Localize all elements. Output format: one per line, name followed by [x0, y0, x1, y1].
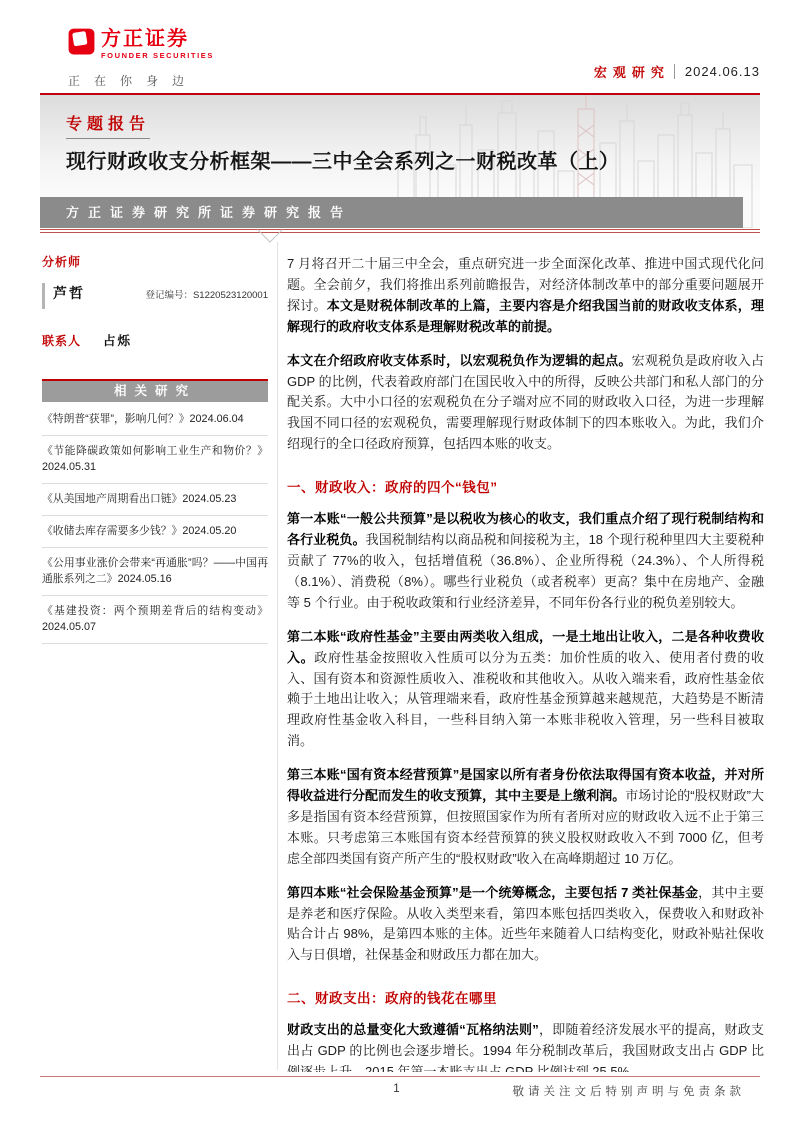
report-category: 宏观研究 [594, 62, 670, 81]
main-article: 7 月将召开二十届三中全会，重点研究进一步全面深化改革、推进中国式现代化问题。全… [287, 248, 764, 1072]
sidebar-divider [277, 242, 278, 1070]
footer-divider [40, 1076, 760, 1077]
paragraph-account-2: 第二本账“政府性基金”主要由两类收入组成，一是土地出让收入，二是各种收费收入。政… [287, 627, 764, 752]
related-research-item[interactable]: 《收储去库存需要多少钱？》2024.05.20 [42, 516, 268, 548]
analyst-name: 芦哲 [53, 283, 85, 303]
paragraph-intro: 7 月将召开二十届三中全会，重点研究进一步全面深化改革、推进中国式现代化问题。全… [287, 254, 764, 338]
related-research-item[interactable]: 《节能降碳政策如何影响工业生产和物价？》2024.05.31 [42, 436, 268, 484]
paragraph-account-4: 第四本账“社会保险基金预算”是一个统筹概念，主要包括 7 类社保基金，其中主要是… [287, 883, 764, 967]
analyst-section-label: 分析师 [42, 253, 268, 270]
report-title: 现行财政收支分析框架——三中全会系列之一财税改革（上） [66, 145, 760, 174]
paragraph-macro-taxburden: 本文在介绍政府收支体系时，以宏观税负作为逻辑的起点。宏观税负是政府收入占 GDP… [287, 351, 764, 456]
analyst-reg-number: 登记编号：S1220523120001 [145, 287, 268, 301]
logo-text-en: FOUNDER SECURITIES [101, 51, 214, 60]
report-date: 2024.06.13 [685, 64, 760, 79]
related-research-item[interactable]: 《公用事业涨价会带来“再通胀”吗？——中国再通胀系列之二》2024.05.16 [42, 548, 268, 596]
banner-rule [40, 229, 760, 233]
paragraph-account-3: 第三本账“国有资本经营预算”是国家以所有者身份依法取得国有资本收益，并对所得收益… [287, 765, 764, 870]
report-page: 方正证券 FOUNDER SECURITIES 正在你身边 宏观研究 2024.… [0, 0, 793, 1122]
related-research-list: 《特朗普“获罪”，影响几何？》2024.06.04 《节能降碳政策如何影响工业生… [42, 404, 268, 644]
title-banner: 专题报告 现行财政收支分析框架——三中全会系列之一财税改革（上） 方正证券研究所… [40, 95, 760, 228]
brand-tagline: 正在你身边 [68, 72, 198, 89]
contact-label: 联系人 [42, 332, 81, 349]
related-research-header: 相关研究 [42, 379, 268, 402]
paragraph-bold: 第四本账“社会保险基金预算”是一个统筹概念，主要包括 7 类社保基金 [287, 885, 698, 900]
contact-row: 联系人 占烁 [42, 331, 268, 349]
section-heading-1: 一、财政收入：政府的四个“钱包” [287, 476, 764, 496]
footer-disclaimer: 敬请关注文后特别声明与免责条款 [513, 1083, 746, 1099]
analyst-row: 芦哲 登记编号：S1220523120001 [42, 283, 268, 309]
related-research-item[interactable]: 《基建投资：两个预期差背后的结构变动》2024.05.07 [42, 596, 268, 644]
paragraph-account-1: 第一本账“一般公共预算”是以税收为核心的收支，我们重点介绍了现行税制结构和各行业… [287, 509, 764, 614]
related-research-item[interactable]: 《特朗普“获罪”，影响几何？》2024.06.04 [42, 404, 268, 436]
section-heading-2: 二、财政支出：政府的钱花在哪里 [287, 987, 764, 1007]
sidebar: 分析师 芦哲 登记编号：S1220523120001 联系人 占烁 相关研究 《… [42, 248, 268, 644]
logo-text-cn: 方正证券 [101, 28, 214, 50]
paragraph-bold: 本文是财税体制改革的上篇，主要内容是介绍我国当前的财政收支体系，理解现行的政府收… [287, 298, 764, 334]
header-meta: 宏观研究 2024.06.13 [594, 62, 760, 81]
research-institute-bar: 方正证券研究所证券研究报告 [40, 197, 743, 228]
header-divider [674, 64, 675, 79]
contact-name: 占烁 [103, 331, 132, 349]
paragraph-text: 政府性基金按照收入性质可以分为五类：加价性质的收入、使用者付费的收入、国有资本和… [287, 650, 764, 749]
report-type-badge: 专题报告 [66, 111, 150, 139]
paragraph-expenditure: 财政支出的总量变化大致遵循“瓦格纳法则”，即随着经济发展水平的提高，财政支出占 … [287, 1020, 764, 1072]
brand-logo: 方正证券 FOUNDER SECURITIES [68, 28, 214, 60]
related-research-item[interactable]: 《从美国地产周期看出口链》2024.05.23 [42, 484, 268, 516]
paragraph-bold: 本文在介绍政府收支体系时，以宏观税负作为逻辑的起点。 [287, 353, 632, 368]
paragraph-bold: 财政支出的总量变化大致遵循“瓦格纳法则” [287, 1022, 539, 1037]
founder-logo-icon [68, 28, 95, 55]
